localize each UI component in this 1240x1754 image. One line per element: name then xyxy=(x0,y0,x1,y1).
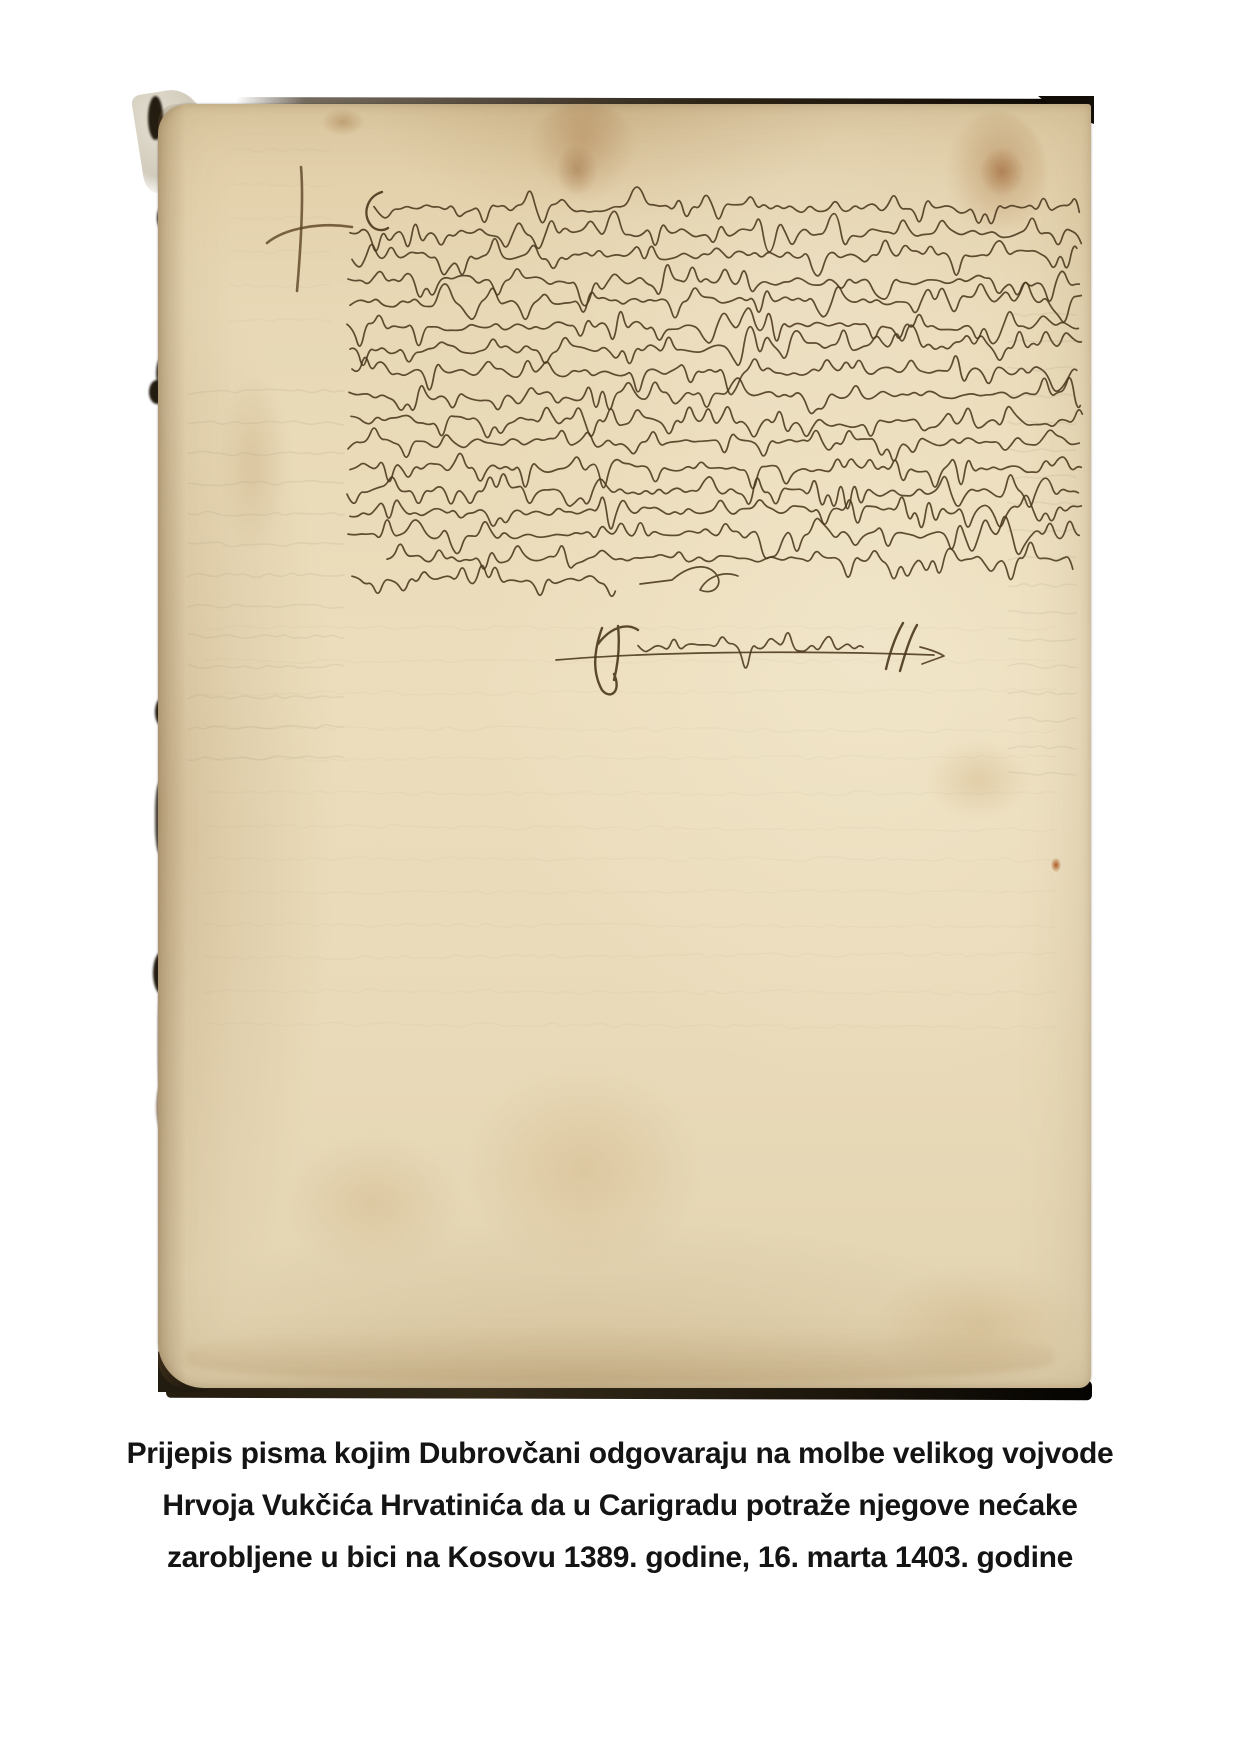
paper-stain xyxy=(980,148,1024,196)
paper-stain xyxy=(528,104,638,204)
water-stain xyxy=(466,1066,701,1271)
caption-line: Hrvoja Vukčića Hrvatinića da u Carigradu… xyxy=(0,1480,1240,1532)
paper-stain xyxy=(556,144,598,196)
paper-stain xyxy=(1051,858,1061,872)
water-stain xyxy=(286,1136,461,1271)
manuscript-page xyxy=(158,104,1091,1388)
paper-stain xyxy=(218,374,288,554)
scanned-document-page: { "scan": { "kind": "archival manuscript… xyxy=(0,0,1240,1754)
bottom-edge-discoloration xyxy=(186,1330,1054,1382)
water-stain xyxy=(876,1266,1086,1381)
caption: Prijepis pisma kojim Dubrovčani odgovara… xyxy=(0,1428,1240,1584)
paper-stain xyxy=(926,740,1031,820)
paper-stain xyxy=(946,112,1046,237)
paper-stain xyxy=(321,108,365,136)
caption-line: zarobljene u bici na Kosovu 1389. godine… xyxy=(0,1532,1240,1584)
caption-line: Prijepis pisma kojim Dubrovčani odgovara… xyxy=(0,1428,1240,1480)
binding-shadow xyxy=(158,104,186,1388)
